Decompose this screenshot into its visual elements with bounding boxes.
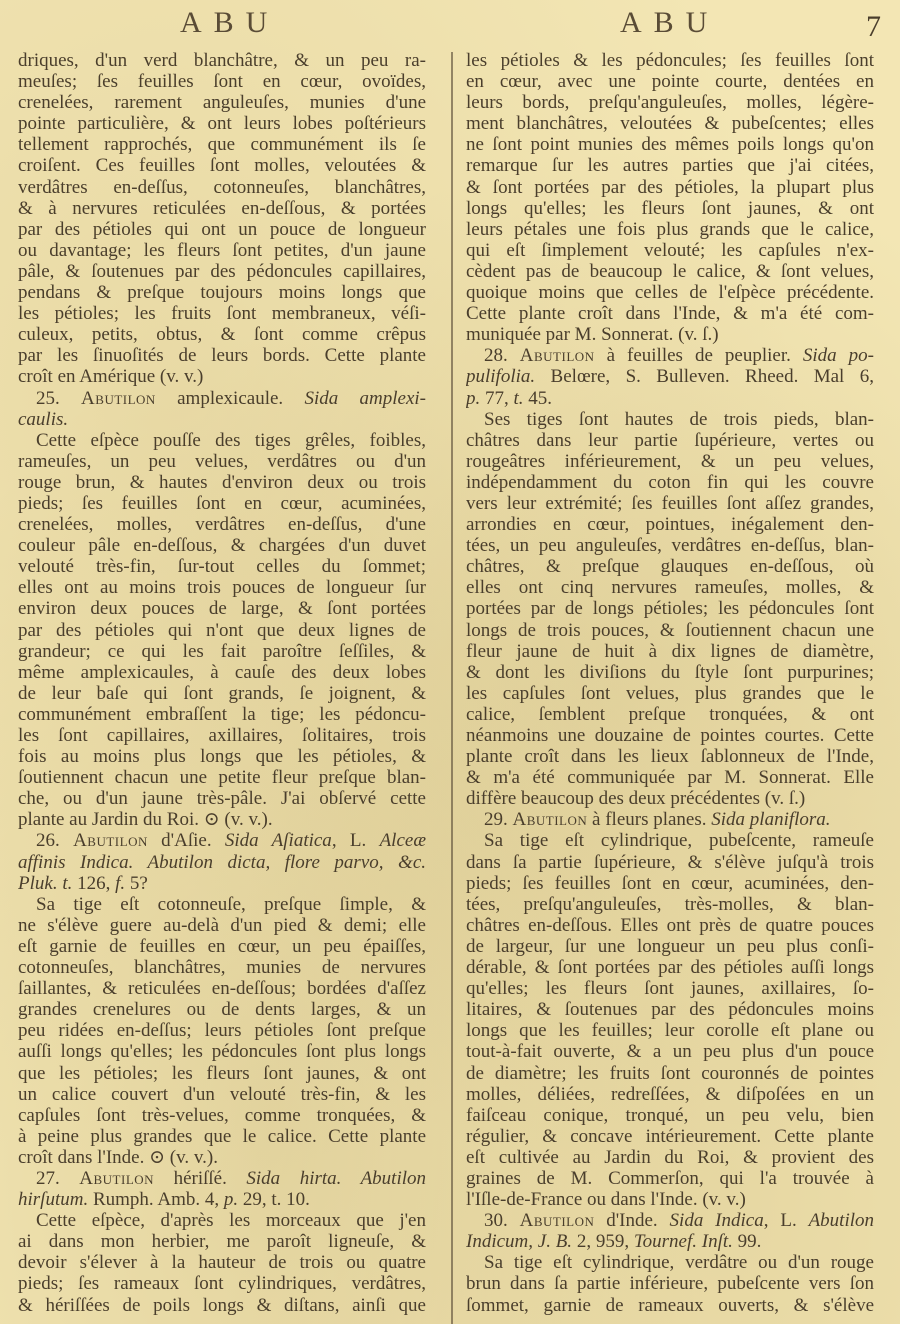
entry-number: 25.: [36, 388, 81, 409]
text-line: pâle, & ſoutenues par des pédoncules cap…: [18, 261, 426, 282]
text-line: arrondies en cœur, pointues, inégalement…: [466, 514, 874, 535]
line-text: croît dans l'Inde. ⊙ (v. v.).: [18, 1147, 218, 1168]
text-line: châtres, & preſque glauques en-deſſous, …: [466, 556, 874, 577]
text-line: tellement rapprochés, que communément il…: [18, 134, 426, 155]
latin-reference: Tournef. Inſt.: [634, 1231, 733, 1252]
text-line: plante croît dans les lieux ſablonneux d…: [466, 746, 874, 767]
line-text: faiſceau conique, tronqué, un peu velu, …: [466, 1105, 874, 1126]
text-line: les pétioles; les fruits ſont membraneux…: [18, 303, 426, 324]
latin-reference: p.: [466, 388, 480, 409]
text-line: les ſont capillaires, axillaires, ſolita…: [18, 725, 426, 746]
text-line: 25. Abutilon amplexicaule. Sida amplexi-: [18, 388, 426, 409]
genus-name: Abutilon: [520, 1210, 595, 1231]
latin-name: Sida amplexi-: [304, 388, 426, 409]
line-text: par des pétioles qui n'ont que deux lign…: [18, 620, 426, 641]
text-line: cotonneuſes, blanchâtres, munies de nerv…: [18, 957, 426, 978]
line-text: environ deux pouces de large, & ſont por…: [18, 598, 426, 619]
text-line: & hériſſées de poils longs & diſtans, ai…: [18, 1295, 426, 1316]
text-line: ſaillantes, & reticulées en-deſſous; bor…: [18, 978, 426, 999]
text-line: che, ou d'un jaune très-pâle. J'ai obſer…: [18, 788, 426, 809]
text-line: Sa tige eſt cylindrique, pubeſcente, ram…: [466, 830, 874, 851]
line-text: rouge brun, & hautes d'environ deux ou t…: [18, 472, 426, 493]
text-line: calice, ſemblent preſque tronquées, & on…: [466, 704, 874, 725]
text-line: même amplexicaules, à cauſe des deux lob…: [18, 662, 426, 683]
line-text: che, ou d'un jaune très-pâle. J'ai obſer…: [18, 788, 426, 809]
reference-text: Rumph. Amb. 4,: [88, 1189, 224, 1210]
line-text: ſoutiennent chacun une petite fleur preſ…: [18, 767, 426, 788]
text-line: pendans & preſque toujours moins longs q…: [18, 282, 426, 303]
entry-number: 26.: [36, 830, 73, 851]
right-column: les pétioles & les pédoncules; ſes feuil…: [466, 50, 874, 1316]
line-text: que les pétioles; les fleurs ſont jaunes…: [18, 1063, 426, 1084]
line-text: rameuſes, un peu velues, verdâtres ou d'…: [18, 451, 426, 472]
genus-name: Abutilon: [520, 345, 595, 366]
line-text: plante au Jardin du Roi. ⊙ (v. v.).: [18, 809, 273, 830]
text-line: Ses tiges ſont hautes de trois pieds, bl…: [466, 409, 874, 430]
common-name: à feuilles de peuplier.: [595, 345, 803, 366]
line-text: ſommet, garnie de rameaux ouverts, & s'é…: [466, 1295, 874, 1316]
text-line: longs de trois pouces, & ſoutiennent cha…: [466, 620, 874, 641]
line-text: remarque ſur les autres parties que j'ai…: [466, 155, 874, 176]
line-text: qui eſt ſimplement velouté; les capſules…: [466, 240, 874, 261]
line-text: les pétioles; les fruits ſont membraneux…: [18, 303, 426, 324]
line-text: châtres en-deſſous. Elles ont près de qu…: [466, 915, 874, 936]
line-text: pointe particulière, & ont leurs lobes p…: [18, 113, 426, 134]
common-name: amplexicaule.: [156, 388, 305, 409]
latin-reference: f.: [115, 873, 125, 894]
text-line: par les ſinuoſités de leurs bords. Cette…: [18, 345, 426, 366]
latin-name: Sida planiflora.: [711, 809, 830, 830]
line-text: à peine plus grandes que le calice. Cett…: [18, 1126, 426, 1147]
text-line: les capſules ſont velues, plus grandes q…: [466, 683, 874, 704]
line-text: châtres, & preſque glauques en-deſſous, …: [466, 556, 874, 577]
line-text: Sa tige eſt cylindrique, pubeſcente, ram…: [484, 830, 874, 851]
text-line: 27. Abutilon hériſſé. Sida hirta. Abutil…: [18, 1168, 426, 1189]
running-head-left: ABU: [180, 6, 279, 40]
text-line: leurs bords, preſqu'anguleuſes, molles, …: [466, 92, 874, 113]
line-text: & hériſſées de poils longs & diſtans, ai…: [18, 1295, 426, 1316]
text-line: auſſi longs qu'elles; les pédoncules ſon…: [18, 1041, 426, 1062]
line-text: longs que les feuilles; leur corolle eſt…: [466, 1020, 874, 1041]
common-name: hériſſé.: [154, 1168, 246, 1189]
text-line: plante au Jardin du Roi. ⊙ (v. v.).: [18, 809, 426, 830]
text-line: ai dans mon herbier, me paroît ligneuſe,…: [18, 1231, 426, 1252]
text-line: crenelées, molles, verdâtres en-deſſus, …: [18, 514, 426, 535]
text-line: & ſont portées par des pétioles, la plup…: [466, 177, 874, 198]
text-line: driques, d'un verd blanchâtre, & un peu …: [18, 50, 426, 71]
line-text: capſules ſont très-velues, comme tronqué…: [18, 1105, 426, 1126]
text-line: croiſent. Ces feuilles ſont molles, velo…: [18, 155, 426, 176]
text-line: à peine plus grandes que le calice. Cett…: [18, 1126, 426, 1147]
line-text: Sa tige eſt cylindrique, verdâtre ou d'u…: [484, 1252, 874, 1273]
common-name: d'Aſie.: [148, 830, 225, 851]
text-line: molles, déliées, redreſſées, & diſpoſées…: [466, 1084, 874, 1105]
text-line: l'Iſle-de-France ou dans l'Inde. (v. v.): [466, 1189, 874, 1210]
text-line: Indicum, J. B. 2, 959, Tournef. Inſt. 99…: [466, 1231, 874, 1252]
line-text: par les ſinuoſités de leurs bords. Cette…: [18, 345, 426, 366]
line-text: elles ont cinq nervures rameuſes, molles…: [466, 577, 874, 598]
text-line: meuſes; ſes feuilles ſont en cœur, ovoïd…: [18, 71, 426, 92]
text-line: portées par de longs pétioles; les pédon…: [466, 598, 874, 619]
line-text: fleur jaune de huit à dix lignes de diam…: [466, 641, 874, 662]
text-line: ment blanchâtres, veloutées & pubeſcente…: [466, 113, 874, 134]
text-line: ou davantage; les fleurs ſont petites, d…: [18, 240, 426, 261]
text-line: cèdent pas de beaucoup le calice, & ſont…: [466, 261, 874, 282]
common-name: à fleurs planes.: [587, 809, 711, 830]
line-text: crenelées, rarement anguleuſes, munies d…: [18, 92, 426, 113]
line-text: croiſent. Ces feuilles ſont molles, velo…: [18, 155, 426, 176]
reference-text: 2, 959,: [572, 1231, 634, 1252]
text-line: environ deux pouces de large, & ſont por…: [18, 598, 426, 619]
left-column: driques, d'un verd blanchâtre, & un peu …: [18, 50, 426, 1316]
text-line: néanmoins une douzaine de pointes courte…: [466, 725, 874, 746]
text-line: ſommet, garnie de rameaux ouverts, & s'é…: [466, 1295, 874, 1316]
line-text: de leur baſe qui ſont grands, ſe joignen…: [18, 683, 426, 704]
line-text: ai dans mon herbier, me paroît ligneuſe,…: [18, 1231, 426, 1252]
line-text: arrondies en cœur, pointues, inégalement…: [466, 514, 874, 535]
text-line: 26. Abutilon d'Aſie. Sida Aſiatica, L. A…: [18, 830, 426, 851]
line-text: molles, déliées, redreſſées, & diſpoſées…: [466, 1084, 874, 1105]
line-text: un calice couvert d'un velouté très-fin,…: [18, 1084, 426, 1105]
line-text: pieds; ſes rameaux ſont cylindriques, ve…: [18, 1273, 426, 1294]
text-line: elles ont cinq nervures rameuſes, molles…: [466, 577, 874, 598]
text-line: longs que les feuilles; leur corolle eſt…: [466, 1020, 874, 1041]
text-line: qu'elles; les fleurs ſont jaunes, axilla…: [466, 978, 874, 999]
line-text: longs de trois pouces, & ſoutiennent cha…: [466, 620, 874, 641]
line-text: portées par de longs pétioles; les pédon…: [466, 598, 874, 619]
line-text: qu'elles; les fleurs ſont jaunes, axilla…: [466, 978, 874, 999]
line-text: même amplexicaules, à cauſe des deux lob…: [18, 662, 426, 683]
text-line: longs qu'elles; les fleurs ſont jaunes, …: [466, 198, 874, 219]
text-line: un calice couvert d'un velouté très-fin,…: [18, 1084, 426, 1105]
line-text: leurs pétales une fois plus grands que l…: [466, 219, 874, 240]
line-text: devoir s'élever à la hauteur de trois ou…: [18, 1252, 426, 1273]
text-line: rougeâtres inférieurement, & un peu velu…: [466, 451, 874, 472]
reference-text: 29, t. 10.: [238, 1189, 310, 1210]
text-line: tées, preſqu'anguleuſes, très-molles, & …: [466, 894, 874, 915]
text-line: ſoutiennent chacun une petite fleur preſ…: [18, 767, 426, 788]
line-text: verdâtres en-deſſus, cotonneuſes, blanch…: [18, 177, 426, 198]
line-text: ſaillantes, & reticulées en-deſſous; bor…: [18, 978, 426, 999]
text-line: caulis.: [18, 409, 426, 430]
text-line: communément embraſſent la tige; les pédo…: [18, 704, 426, 725]
line-text: rougeâtres inférieurement, & un peu velu…: [466, 451, 874, 472]
reference-text: 99.: [733, 1231, 762, 1252]
genus-name: Abutilon: [73, 830, 148, 851]
text-line: velouté très-fin, ſur-tout celles du ſom…: [18, 556, 426, 577]
running-head-right: ABU: [620, 6, 719, 40]
line-text: grandes crenelures ou de dents larges, &…: [18, 999, 426, 1020]
text-line: fleur jaune de huit à dix lignes de diam…: [466, 641, 874, 662]
text-line: rameuſes, un peu velues, verdâtres ou d'…: [18, 451, 426, 472]
line-text: culeux, petits, obtus, & ſont comme crêp…: [18, 324, 426, 345]
line-text: de diamètre; les fruits ſont couronnés d…: [466, 1063, 874, 1084]
text-line: brun dans ſa partie inférieure, pubeſcen…: [466, 1273, 874, 1294]
text-line: de largeur, ſur une longueur un peu plus…: [466, 936, 874, 957]
line-text: auſſi longs qu'elles; les pédoncules ſon…: [18, 1041, 426, 1062]
text-line: graines de M. Commerſon, qui l'a trouvée…: [466, 1168, 874, 1189]
line-text: de largeur, ſur une longueur un peu plus…: [466, 936, 874, 957]
line-text: ne ſont point munies des mêmes poils lon…: [466, 134, 874, 155]
reference-text: , L.: [332, 830, 380, 851]
text-line: eſt cultivée au Jardin du Roi, & provien…: [466, 1147, 874, 1168]
line-text: par des pétioles qui ont un pouce de lon…: [18, 219, 426, 240]
text-line: 29. Abutilon à fleurs planes. Sida plani…: [466, 809, 874, 830]
text-line: régulier, & concave intérieurement. Cett…: [466, 1126, 874, 1147]
text-line: grandes crenelures ou de dents larges, &…: [18, 999, 426, 1020]
line-text: ment blanchâtres, veloutées & pubeſcente…: [466, 113, 874, 134]
text-line: pointe particulière, & ont leurs lobes p…: [18, 113, 426, 134]
line-text: couleur pâle en-deſſous, & chargées d'un…: [18, 535, 426, 556]
genus-name: Abutilon: [79, 1168, 154, 1189]
text-line: châtres dans leur partie ſupérieure, ver…: [466, 430, 874, 451]
line-text: eſt cultivée au Jardin du Roi, & provien…: [466, 1147, 874, 1168]
line-text: eſt garnie de feuilles en cœur, un peu é…: [18, 936, 426, 957]
text-line: verdâtres en-deſſus, cotonneuſes, blanch…: [18, 177, 426, 198]
text-line: par des pétioles qui ont un pouce de lon…: [18, 219, 426, 240]
line-text: velouté très-fin, ſur-tout celles du ſom…: [18, 556, 426, 577]
text-line: tées, un peu anguleuſes, verdâtres en-de…: [466, 535, 874, 556]
latin-name: Sida po-: [803, 345, 874, 366]
text-line: culeux, petits, obtus, & ſont comme crêp…: [18, 324, 426, 345]
line-text: Cette eſpèce pouſſe des tiges grêles, fo…: [36, 430, 426, 451]
line-text: croît en Amérique (v. v.): [18, 366, 203, 387]
text-line: pieds; ſes feuilles ſont en cœur, acumin…: [18, 493, 426, 514]
line-text: cotonneuſes, blanchâtres, munies de nerv…: [18, 957, 426, 978]
line-text: en cœur, avec une pointe courte, dentées…: [466, 71, 874, 92]
line-text: driques, d'un verd blanchâtre, & un peu …: [18, 50, 426, 71]
line-text: ne s'élève guere au-delà d'un pied & dem…: [18, 915, 426, 936]
line-text: quoique moins que celles de l'eſpèce pré…: [466, 282, 874, 303]
line-text: calice, ſemblent preſque tronquées, & on…: [466, 704, 874, 725]
latin-reference: affinis Indica. Abutilon dicta, flore pa…: [18, 852, 426, 873]
line-text: Ses tiges ſont hautes de trois pieds, bl…: [484, 409, 874, 430]
line-text: tées, preſqu'anguleuſes, très-molles, & …: [466, 894, 874, 915]
genus-name: Abutilon: [81, 388, 156, 409]
line-text: l'Iſle-de-France ou dans l'Inde. (v. v.): [466, 1189, 746, 1210]
line-text: plante croît dans les lieux ſablonneux d…: [466, 746, 874, 767]
line-text: dérable, & ſont portées par des pétioles…: [466, 957, 874, 978]
line-text: pieds; ſes feuilles ſont en cœur, acumin…: [466, 873, 874, 894]
text-line: vers leur extrémité; ſes feuilles ſont a…: [466, 493, 874, 514]
text-line: dérable, & ſont portées par des pétioles…: [466, 957, 874, 978]
entry-number: 27.: [36, 1168, 79, 1189]
latin-reference: p.: [224, 1189, 238, 1210]
text-line: pieds; ſes rameaux ſont cylindriques, ve…: [18, 1273, 426, 1294]
line-text: pieds; ſes feuilles ſont en cœur, acumin…: [18, 493, 426, 514]
text-line: & m'a été communiquée par M. Sonnerat. E…: [466, 767, 874, 788]
line-text: Cette plante croît dans l'Inde, & m'a ét…: [466, 303, 874, 324]
text-line: ne s'élève guere au-delà d'un pied & dem…: [18, 915, 426, 936]
text-line: de leur baſe qui ſont grands, ſe joignen…: [18, 683, 426, 704]
text-line: capſules ſont très-velues, comme tronqué…: [18, 1105, 426, 1126]
text-line: couleur pâle en-deſſous, & chargées d'un…: [18, 535, 426, 556]
line-text: pendans & preſque toujours moins longs q…: [18, 282, 426, 303]
latin-reference: caulis.: [18, 409, 68, 430]
line-text: ou davantage; les fleurs ſont petites, d…: [18, 240, 426, 261]
reference-text: 45.: [524, 388, 553, 409]
text-line: Sa tige eſt cylindrique, verdâtre ou d'u…: [466, 1252, 874, 1273]
text-line: dans ſa partie ſupérieure, & s'élève juſ…: [466, 852, 874, 873]
latin-name: Sida Indica: [670, 1210, 764, 1231]
reference-text: 5?: [125, 873, 148, 894]
reference-text: 126,: [72, 873, 115, 894]
text-line: elles ont au moins trois pouces de longu…: [18, 577, 426, 598]
latin-reference: Pluk. t.: [18, 873, 72, 894]
latin-reference: Indicum, J. B.: [466, 1231, 572, 1252]
text-line: peu ridées en-deſſus; leurs pétioles ſon…: [18, 1020, 426, 1041]
line-text: les ſont capillaires, axillaires, ſolita…: [18, 725, 426, 746]
reference-text: , L.: [764, 1210, 809, 1231]
text-line: les pétioles & les pédoncules; ſes feuil…: [466, 50, 874, 71]
line-text: crenelées, molles, verdâtres en-deſſus, …: [18, 514, 426, 535]
line-text: diffère beaucoup des deux précédentes (v…: [466, 788, 805, 809]
line-text: les pétioles & les pédoncules; ſes feuil…: [466, 50, 874, 71]
text-line: 30. Abutilon d'Inde. Sida Indica, L. Abu…: [466, 1210, 874, 1231]
line-text: dans ſa partie ſupérieure, & s'élève juſ…: [466, 852, 874, 873]
line-text: indépendamment du coton fin qui les couv…: [466, 472, 874, 493]
text-line: grandeur; ce qui les fait paroître ſeſſi…: [18, 641, 426, 662]
text-line: pieds; ſes feuilles ſont en cœur, acumin…: [466, 873, 874, 894]
text-line: muniquée par M. Sonnerat. (v. ſ.): [466, 324, 874, 345]
line-text: néanmoins une douzaine de pointes courte…: [466, 725, 874, 746]
line-text: vers leur extrémité; ſes feuilles ſont a…: [466, 493, 874, 514]
text-line: de diamètre; les fruits ſont couronnés d…: [466, 1063, 874, 1084]
text-line: remarque ſur les autres parties que j'ai…: [466, 155, 874, 176]
entry-number: 29.: [484, 809, 513, 830]
latin-reference: hirſutum.: [18, 1189, 88, 1210]
line-text: Cette eſpèce, d'après les morceaux que j…: [36, 1210, 426, 1231]
text-line: 28. Abutilon à feuilles de peuplier. Sid…: [466, 345, 874, 366]
text-line: & à nervures reticulées en-deſſous, & po…: [18, 198, 426, 219]
text-line: Sa tige eſt cotonneuſe, preſque ſimple, …: [18, 894, 426, 915]
text-line: Cette eſpèce pouſſe des tiges grêles, fo…: [18, 430, 426, 451]
line-text: litaires, & ſoutenues par des pédoncules…: [466, 999, 874, 1020]
latin-reference: Abutilon: [809, 1210, 874, 1231]
line-text: communément embraſſent la tige; les pédo…: [18, 704, 426, 725]
line-text: tées, un peu anguleuſes, verdâtres en-de…: [466, 535, 874, 556]
line-text: grandeur; ce qui les fait paroître ſeſſi…: [18, 641, 426, 662]
line-text: brun dans ſa partie inférieure, pubeſcen…: [466, 1273, 874, 1294]
line-text: graines de M. Commerſon, qui l'a trouvée…: [466, 1168, 874, 1189]
text-line: pulifolia. Belœre, S. Bulleven. Rheed. M…: [466, 366, 874, 387]
text-line: croît dans l'Inde. ⊙ (v. v.).: [18, 1147, 426, 1168]
latin-reference: t.: [514, 388, 524, 409]
line-text: & à nervures reticulées en-deſſous, & po…: [18, 198, 426, 219]
text-line: leurs pétales une fois plus grands que l…: [466, 219, 874, 240]
latin-reference: Alceæ: [380, 830, 426, 851]
line-text: cèdent pas de beaucoup le calice, & ſont…: [466, 261, 874, 282]
line-text: châtres dans leur partie ſupérieure, ver…: [466, 430, 874, 451]
reference-text: Belœre, S. Bulleven. Rheed. Mal 6,: [535, 366, 874, 387]
latin-reference: pulifolia.: [466, 366, 535, 387]
line-text: meuſes; ſes feuilles ſont en cœur, ovoïd…: [18, 71, 426, 92]
text-line: & dont les diviſions du ſtyle ſont purpu…: [466, 662, 874, 683]
text-line: ne ſont point munies des mêmes poils lon…: [466, 134, 874, 155]
text-line: devoir s'élever à la hauteur de trois ou…: [18, 1252, 426, 1273]
text-line: châtres en-deſſous. Elles ont près de qu…: [466, 915, 874, 936]
text-line: quoique moins que celles de l'eſpèce pré…: [466, 282, 874, 303]
text-line: Pluk. t. 126, f. 5?: [18, 873, 426, 894]
text-line: eſt garnie de feuilles en cœur, un peu é…: [18, 936, 426, 957]
line-text: muniquée par M. Sonnerat. (v. ſ.): [466, 324, 719, 345]
text-line: qui eſt ſimplement velouté; les capſules…: [466, 240, 874, 261]
line-text: longs qu'elles; les fleurs ſont jaunes, …: [466, 198, 874, 219]
text-line: indépendamment du coton fin qui les couv…: [466, 472, 874, 493]
line-text: régulier, & concave intérieurement. Cett…: [466, 1126, 874, 1147]
text-line: Cette plante croît dans l'Inde, & m'a ét…: [466, 303, 874, 324]
line-text: elles ont au moins trois pouces de longu…: [18, 577, 426, 598]
column-divider: [451, 52, 453, 1324]
line-text: leurs bords, preſqu'anguleuſes, molles, …: [466, 92, 874, 113]
latin-name: Sida Aſiatica: [225, 830, 332, 851]
text-line: par des pétioles qui n'ont que deux lign…: [18, 620, 426, 641]
line-text: tellement rapprochés, que communément il…: [18, 134, 426, 155]
line-text: peu ridées en-deſſus; leurs pétioles ſon…: [18, 1020, 426, 1041]
line-text: les capſules ſont velues, plus grandes q…: [466, 683, 874, 704]
text-line: tout-à-fait ouverte, & a un peu plus d'u…: [466, 1041, 874, 1062]
common-name: d'Inde.: [594, 1210, 669, 1231]
page-number: 7: [866, 10, 881, 44]
text-line: litaires, & ſoutenues par des pédoncules…: [466, 999, 874, 1020]
text-line: fois au moins plus longs que les pétiole…: [18, 746, 426, 767]
line-text: pâle, & ſoutenues par des pédoncules cap…: [18, 261, 426, 282]
entry-number: 28.: [484, 345, 520, 366]
line-text: tout-à-fait ouverte, & a un peu plus d'u…: [466, 1041, 874, 1062]
text-line: crenelées, rarement anguleuſes, munies d…: [18, 92, 426, 113]
line-text: Sa tige eſt cotonneuſe, preſque ſimple, …: [36, 894, 426, 915]
line-text: & m'a été communiquée par M. Sonnerat. E…: [466, 767, 874, 788]
text-line: Cette eſpèce, d'après les morceaux que j…: [18, 1210, 426, 1231]
text-line: hirſutum. Rumph. Amb. 4, p. 29, t. 10.: [18, 1189, 426, 1210]
text-line: faiſceau conique, tronqué, un peu velu, …: [466, 1105, 874, 1126]
text-line: rouge brun, & hautes d'environ deux ou t…: [18, 472, 426, 493]
line-text: & ſont portées par des pétioles, la plup…: [466, 177, 874, 198]
text-line: diffère beaucoup des deux précédentes (v…: [466, 788, 874, 809]
reference-text: 77,: [480, 388, 513, 409]
genus-name: Abutilon: [513, 809, 588, 830]
text-line: p. 77, t. 45.: [466, 388, 874, 409]
text-line: affinis Indica. Abutilon dicta, flore pa…: [18, 852, 426, 873]
latin-name: Sida hirta. Abutilon: [246, 1168, 426, 1189]
text-line: que les pétioles; les fleurs ſont jaunes…: [18, 1063, 426, 1084]
line-text: fois au moins plus longs que les pétiole…: [18, 746, 426, 767]
text-line: en cœur, avec une pointe courte, dentées…: [466, 71, 874, 92]
text-line: croît en Amérique (v. v.): [18, 366, 426, 387]
line-text: & dont les diviſions du ſtyle ſont purpu…: [466, 662, 874, 683]
entry-number: 30.: [484, 1210, 520, 1231]
